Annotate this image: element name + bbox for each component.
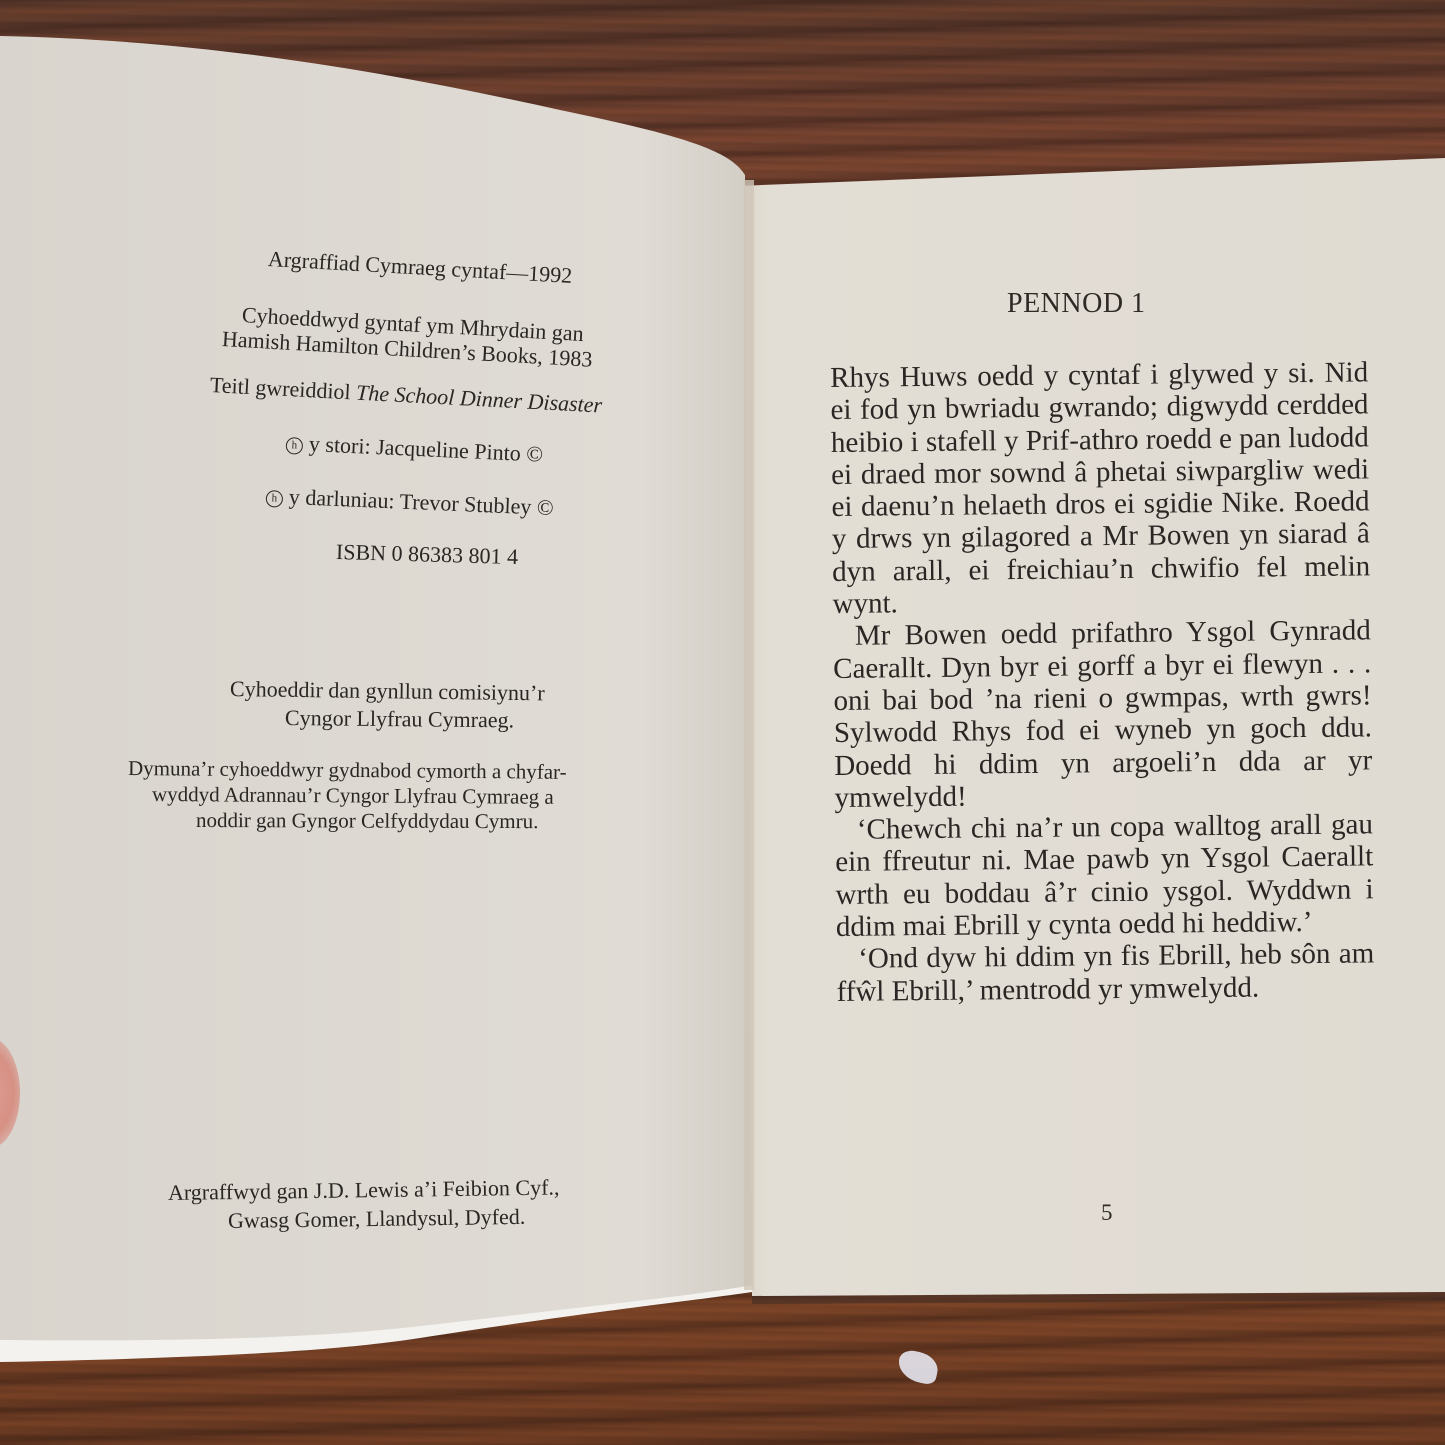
chapter-body: Rhys Huws oedd y cyntaf i glywed y si. N… <box>830 356 1375 1008</box>
page-number: 5 <box>1101 1200 1113 1226</box>
isbn: ISBN 0 86383 801 4 <box>336 539 519 570</box>
printer-line-2: Gwasg Gomer, Llandysul, Dyfed. <box>228 1204 526 1234</box>
paragraph-1: Rhys Huws oedd y cyntaf i glywed y si. N… <box>830 356 1371 620</box>
acknowledgement-line-2: wyddyd Adrannau’r Cyngor Llyfrau Cymraeg… <box>152 782 554 810</box>
printer-line-1: Argraffwyd gan J.D. Lewis a’i Feibion Cy… <box>168 1175 560 1206</box>
acknowledgement-line-3: noddir gan Gyngor Celfyddydau Cymru. <box>196 808 538 834</box>
paragraph-3: ‘Chewch chi na’r un copa walltog arall g… <box>835 808 1374 943</box>
paragraph-2: Mr Bowen oedd prifathro Ysgol Gynradd Ca… <box>833 615 1373 814</box>
gutter-shadow <box>744 180 754 1290</box>
paragraph-4: ‘Ond dyw hi ddim yn fis Ebrill, heb sôn … <box>836 938 1375 1008</box>
circled-h-icon: h <box>266 490 284 508</box>
commission-line-2: Cyngor Llyfrau Cymraeg. <box>285 705 514 733</box>
circled-h-icon: h <box>286 437 304 455</box>
commission-line-1: Cyhoeddir dan gynllun comisiynu’r <box>230 676 545 706</box>
chapter-heading: PENNOD 1 <box>1007 288 1146 320</box>
acknowledgement-line-1: Dymuna’r cyhoeddwyr gydnabod cymorth a c… <box>128 756 567 785</box>
